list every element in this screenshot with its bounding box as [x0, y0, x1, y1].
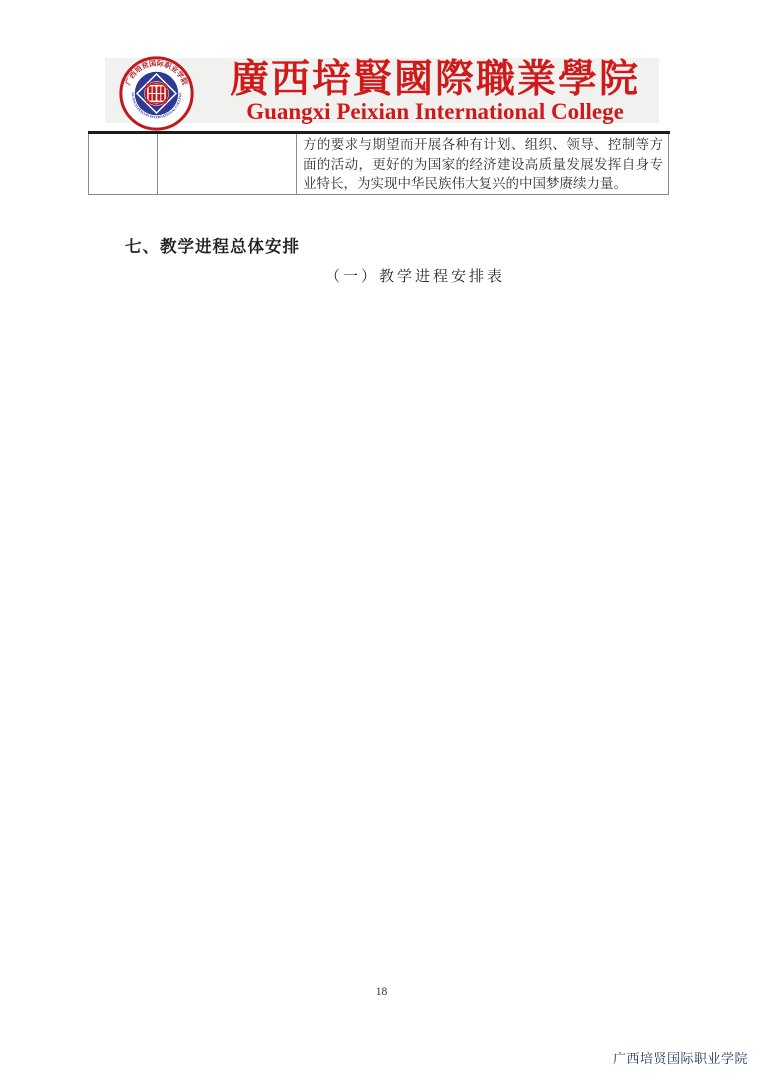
table-row: 方的要求与期望而开展各种有计划、组织、领导、控制等方面的活动，更好的为国家的经济… — [89, 134, 669, 195]
college-seal-logo: 广西培贤国际职业学院 GUANGXI PEIXIAN INTERNATIONAL… — [119, 56, 194, 131]
college-name-english: Guangxi Peixian International College — [212, 99, 658, 124]
table-cell-description: 方的要求与期望而开展各种有计划、组织、领导、控制等方面的活动，更好的为国家的经济… — [297, 134, 669, 195]
table-cell-empty-2 — [158, 134, 297, 195]
table-cell-empty-1 — [89, 134, 158, 195]
college-name-chinese: 廣西培賢國際職業學院 — [212, 57, 658, 101]
footer-college-name: 广西培贤国际职业学院 — [613, 1048, 748, 1067]
sub-heading: （一）教学进程安排表 — [325, 265, 505, 286]
page-number: 18 — [0, 986, 763, 998]
section-heading: 七、教学进程总体安排 — [125, 233, 300, 257]
curriculum-table: 方的要求与期望而开展各种有计划、组织、领导、控制等方面的活动，更好的为国家的经济… — [88, 134, 669, 195]
college-titles: 廣西培賢國際職業學院 Guangxi Peixian International… — [212, 57, 658, 124]
document-page: 广西培贤国际职业学院 GUANGXI PEIXIAN INTERNATIONAL… — [0, 0, 763, 1080]
